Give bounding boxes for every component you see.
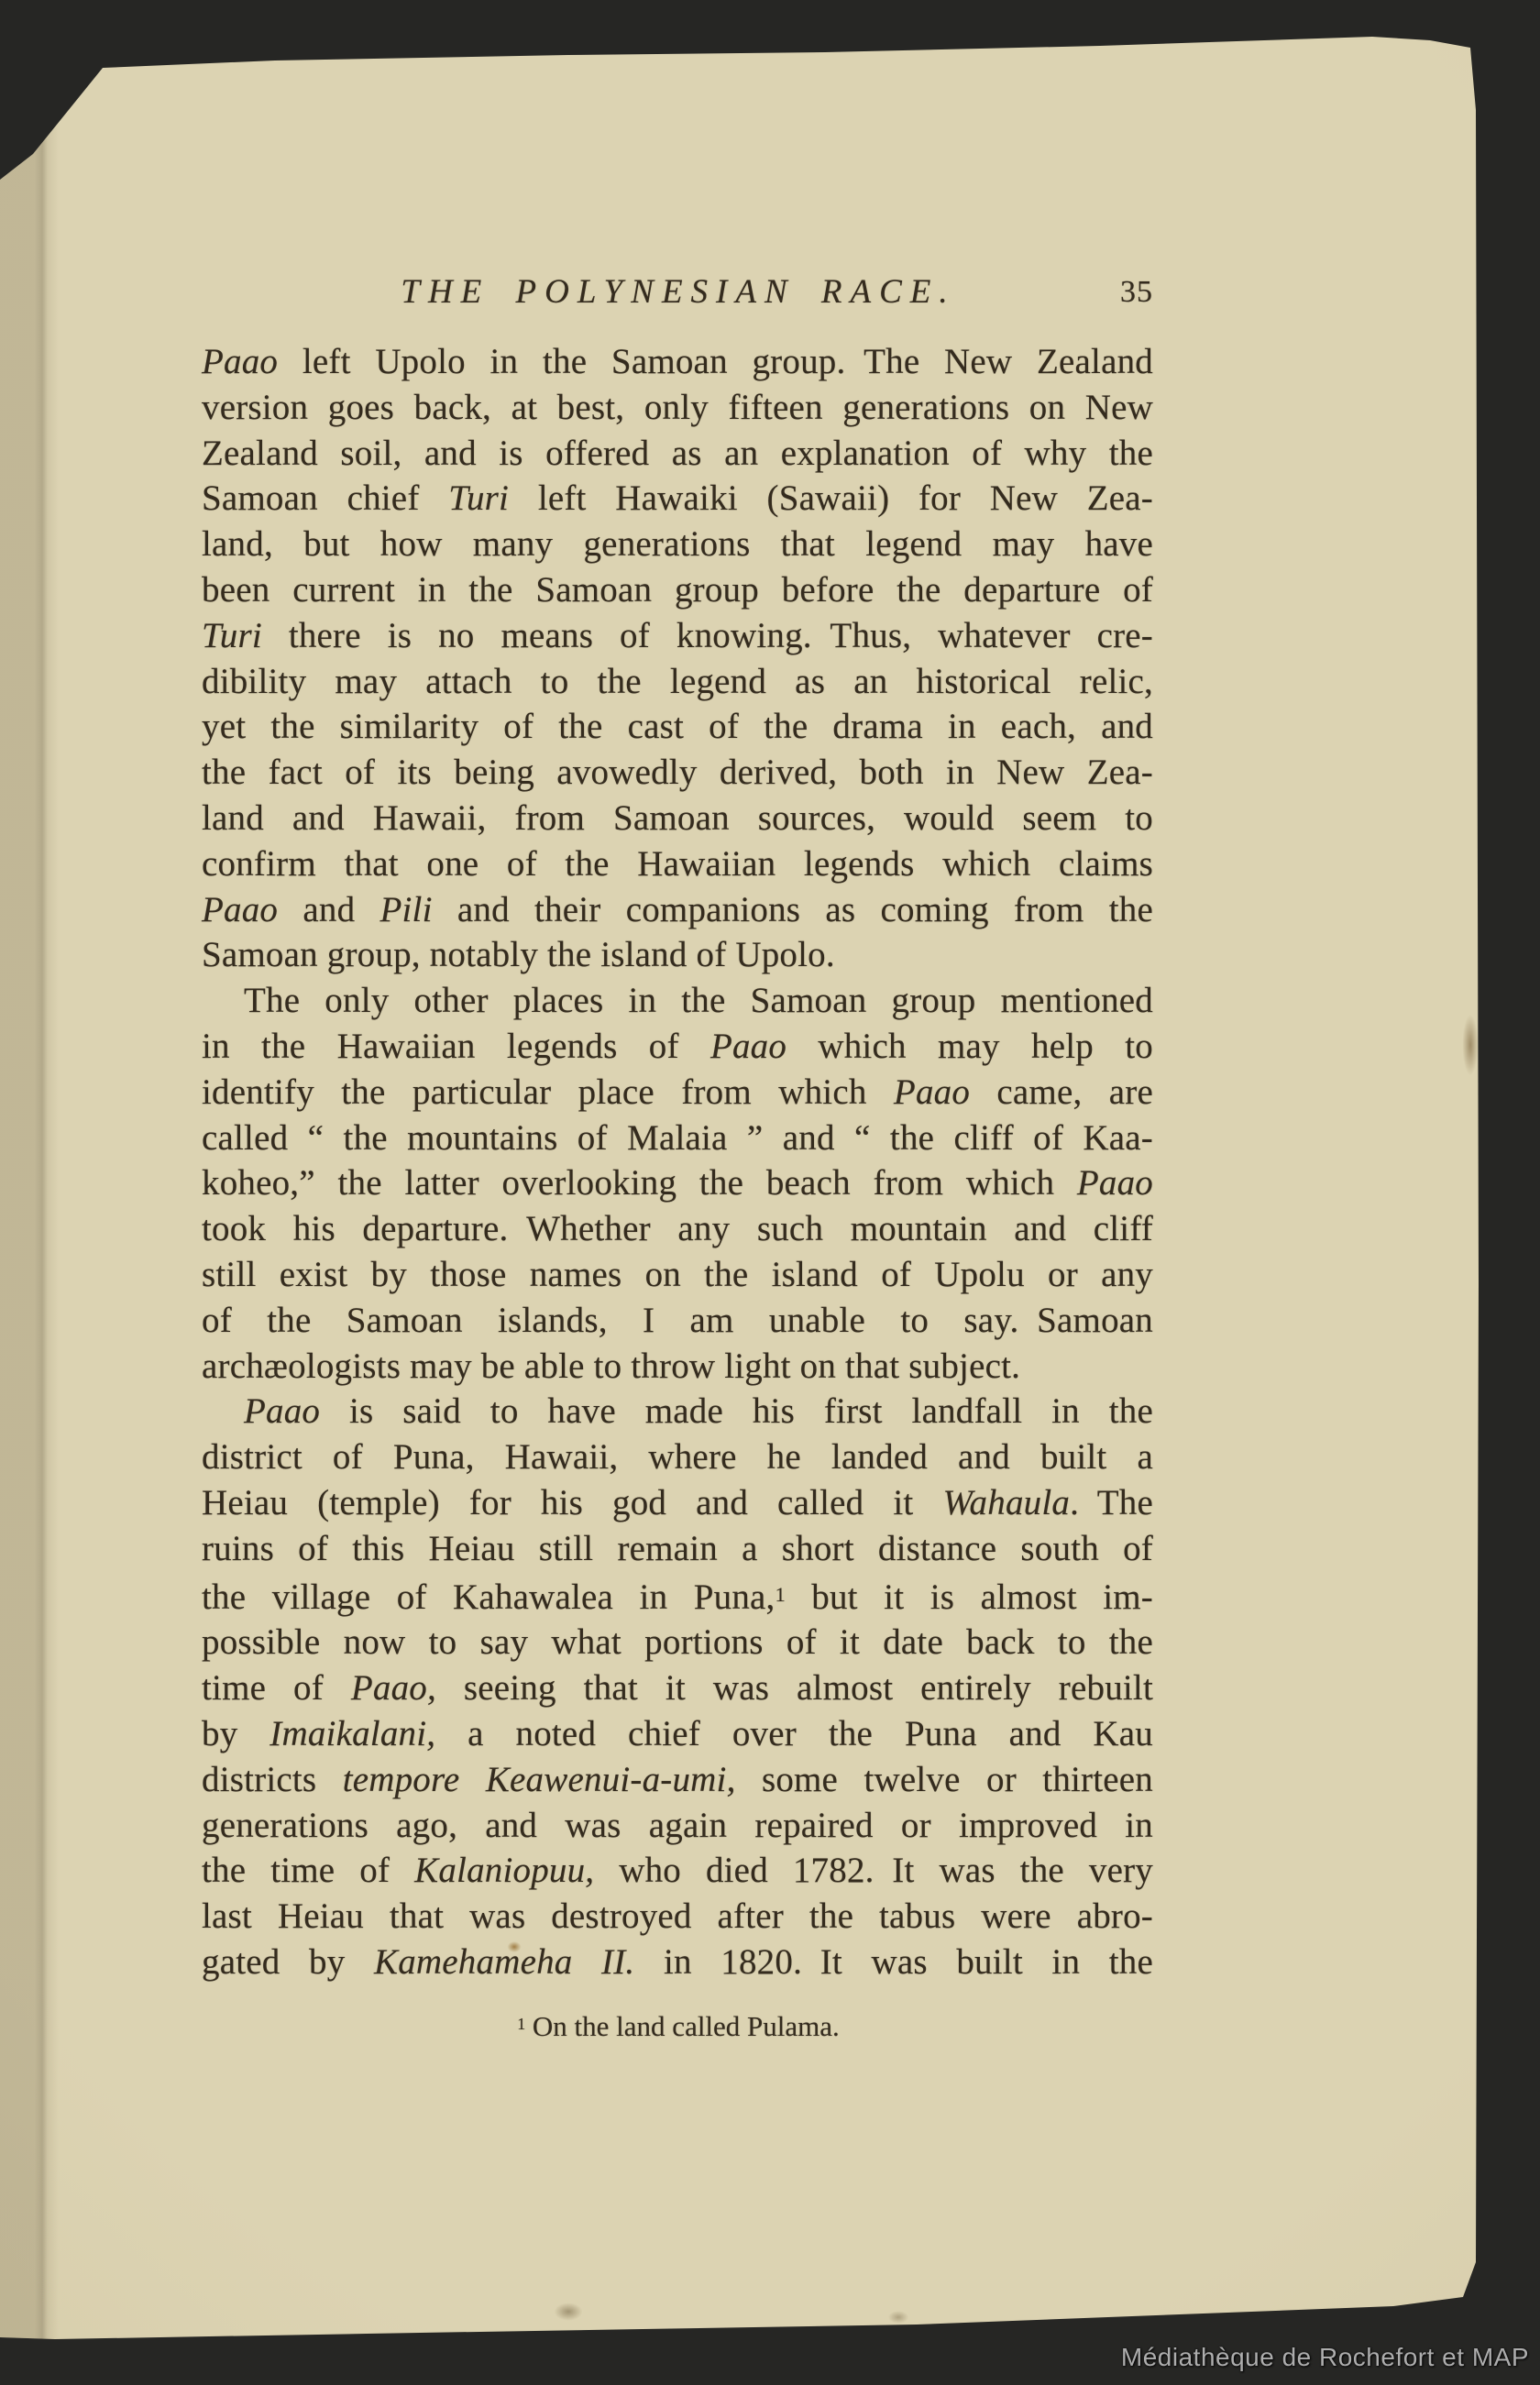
text-line: version goes back, at best, only fifteen… bbox=[202, 385, 1153, 431]
text: version goes back, at best, only fifteen… bbox=[202, 388, 1153, 427]
text-line: ruins of this Heiau still remain a short… bbox=[202, 1526, 1153, 1572]
text: dibility may attach to the legend as an … bbox=[202, 662, 1153, 701]
paragraph: Paao left Upolo in the Samoan group. The… bbox=[202, 339, 1153, 978]
text: land, but how many generations that lege… bbox=[202, 524, 1153, 564]
text: in 1820. It was built in the bbox=[634, 1942, 1153, 1982]
footnote-text: On the land called Pulama. bbox=[533, 2010, 840, 2042]
text-line: possible now to say what portions of it … bbox=[202, 1620, 1153, 1665]
text: time of bbox=[202, 1668, 351, 1708]
text-line: district of Puna, Hawaii, where he lande… bbox=[202, 1434, 1153, 1480]
text-line: generations ago, and was again repaired … bbox=[202, 1803, 1153, 1849]
text-line: Samoan chief Turi left Hawaiki (Sawaii) … bbox=[202, 476, 1153, 522]
italic-text: Wahaula bbox=[942, 1483, 1070, 1522]
text-line: Turi there is no means of knowing. Thus,… bbox=[202, 613, 1153, 659]
text: in the Hawaiian legends of bbox=[202, 1027, 710, 1066]
text-line: been current in the Samoan group before … bbox=[202, 567, 1153, 613]
paragraph: The only other places in the Samoan grou… bbox=[202, 978, 1153, 1389]
text: left Hawaiki (Sawaii) for New Zea- bbox=[509, 478, 1153, 518]
italic-text: Paao, bbox=[351, 1668, 436, 1708]
italic-text: Paao bbox=[894, 1072, 970, 1112]
text: . The bbox=[1070, 1483, 1153, 1522]
text: but it is almost im- bbox=[786, 1577, 1153, 1617]
text: and bbox=[278, 890, 379, 929]
text-line: dibility may attach to the legend as an … bbox=[202, 659, 1153, 705]
text: still exist by those names on the island… bbox=[202, 1255, 1153, 1294]
text-line: in the Hawaiian legends of Paao which ma… bbox=[202, 1024, 1153, 1070]
italic-text: Pili bbox=[380, 890, 433, 929]
text: last Heiau that was destroyed after the … bbox=[202, 1896, 1153, 1936]
text: left Upolo in the Samoan group. The New … bbox=[278, 342, 1153, 381]
text: The only other places in the Samoan grou… bbox=[244, 981, 1153, 1020]
text: the village of Kahawalea in Puna, bbox=[202, 1577, 775, 1617]
italic-text: Paao bbox=[710, 1027, 786, 1066]
text-line: Paao and Pili and their companions as co… bbox=[202, 887, 1153, 933]
running-title: THE POLYNESIAN RACE. bbox=[202, 272, 1155, 312]
text-line: koheo,” the latter overlooking the beach… bbox=[202, 1160, 1153, 1206]
photo-background: { "page": { "header": { "title": "THE PO… bbox=[0, 0, 1540, 2385]
watermark: Médiathèque de Rochefort et MAP bbox=[1121, 2343, 1529, 2372]
text-line: called “ the mountains of Malaia ” and “… bbox=[202, 1116, 1153, 1161]
text: district of Puna, Hawaii, where he lande… bbox=[202, 1437, 1153, 1477]
text: called “ the mountains of Malaia ” and “… bbox=[202, 1118, 1153, 1158]
text-line: last Heiau that was destroyed after the … bbox=[202, 1894, 1153, 1940]
page-number: 35 bbox=[1120, 275, 1153, 310]
text-line: archæologists may be able to throw light… bbox=[202, 1344, 1153, 1390]
text-line: by Imaikalani, a noted chief over the Pu… bbox=[202, 1711, 1153, 1757]
text-line: Paao left Upolo in the Samoan group. The… bbox=[202, 339, 1153, 385]
text: ruins of this Heiau still remain a short… bbox=[202, 1529, 1153, 1568]
text: some twelve or thirteen bbox=[736, 1760, 1153, 1799]
italic-text: Paao bbox=[202, 890, 278, 929]
text: there is no means of knowing. Thus, what… bbox=[262, 616, 1153, 655]
italic-text: Turi bbox=[448, 478, 509, 518]
text-line: Heiau (temple) for his god and called it… bbox=[202, 1480, 1153, 1526]
text: Samoan group, notably the island of Upol… bbox=[202, 935, 835, 974]
text-line: identify the particular place from which… bbox=[202, 1070, 1153, 1116]
text: been current in the Samoan group before … bbox=[202, 570, 1153, 610]
text-line: of the Samoan islands, I am unable to sa… bbox=[202, 1298, 1153, 1344]
paragraph: Paao is said to have made his first land… bbox=[202, 1389, 1153, 1984]
text: seeing that it was almost entirely rebui… bbox=[436, 1668, 1153, 1708]
running-head: THE POLYNESIAN RACE. 35 bbox=[202, 272, 1155, 313]
body-text: Paao left Upolo in the Samoan group. The… bbox=[202, 339, 1153, 1985]
text-line: the village of Kahawalea in Puna,1 but i… bbox=[202, 1572, 1153, 1621]
italic-text: Turi bbox=[202, 616, 262, 655]
text-line: gated by Kamehameha II. in 1820. It was … bbox=[202, 1940, 1153, 1985]
text: came, are bbox=[970, 1072, 1153, 1112]
italic-text: Kamehameha II. bbox=[374, 1942, 634, 1982]
text: Zealand soil, and is offered as an expla… bbox=[202, 434, 1153, 473]
text: gated by bbox=[202, 1942, 374, 1982]
italic-text: Paao bbox=[1077, 1163, 1153, 1203]
text: archæologists may be able to throw light… bbox=[202, 1346, 1020, 1386]
text-line: land, but how many generations that lege… bbox=[202, 522, 1153, 567]
text-line: Paao is said to have made his first land… bbox=[202, 1389, 1153, 1434]
text: the fact of its being avowedly derived, … bbox=[202, 753, 1153, 792]
text: districts bbox=[202, 1760, 343, 1799]
italic-text: Paao bbox=[244, 1391, 320, 1431]
italic-text: tempore Keawenui-a-umi, bbox=[343, 1760, 736, 1799]
text-line: still exist by those names on the island… bbox=[202, 1252, 1153, 1298]
text-line: Samoan group, notably the island of Upol… bbox=[202, 932, 1153, 978]
footnote-marker: 1 bbox=[517, 2015, 525, 2033]
text-line: confirm that one of the Hawaiian legends… bbox=[202, 841, 1153, 887]
text-line: yet the similarity of the cast of the dr… bbox=[202, 704, 1153, 750]
text: possible now to say what portions of it … bbox=[202, 1622, 1153, 1662]
italic-text: Kalaniopuu, bbox=[414, 1851, 594, 1890]
text-line: districts tempore Keawenui-a-umi, some t… bbox=[202, 1757, 1153, 1803]
text: by bbox=[202, 1714, 269, 1753]
text: Samoan chief bbox=[202, 478, 448, 518]
footnote-ref: 1 bbox=[775, 1583, 785, 1606]
text: is said to have made his first landfall … bbox=[320, 1391, 1153, 1431]
italic-text: Imaikalani, bbox=[269, 1714, 435, 1753]
italic-text: Paao bbox=[202, 342, 278, 381]
text: the time of bbox=[202, 1851, 414, 1890]
text: yet the similarity of the cast of the dr… bbox=[202, 707, 1153, 746]
text: identify the particular place from which bbox=[202, 1072, 894, 1112]
text: koheo,” the latter overlooking the beach… bbox=[202, 1163, 1077, 1203]
text: confirm that one of the Hawaiian legends… bbox=[202, 844, 1153, 884]
book-page: THE POLYNESIAN RACE. 35 Paao left Upolo … bbox=[0, 0, 1540, 2385]
text-line: the fact of its being avowedly derived, … bbox=[202, 750, 1153, 796]
text: took his departure. Whether any such mou… bbox=[202, 1209, 1153, 1248]
text: land and Hawaii, from Samoan sources, wo… bbox=[202, 798, 1153, 838]
text-line: took his departure. Whether any such mou… bbox=[202, 1206, 1153, 1252]
text: Heiau (temple) for his god and called it bbox=[202, 1483, 942, 1522]
text: which may help to bbox=[786, 1027, 1153, 1066]
text-line: the time of Kalaniopuu, who died 1782. I… bbox=[202, 1848, 1153, 1894]
text: who died 1782. It was the very bbox=[594, 1851, 1153, 1890]
text-line: land and Hawaii, from Samoan sources, wo… bbox=[202, 796, 1153, 841]
text-line: time of Paao, seeing that it was almost … bbox=[202, 1665, 1153, 1711]
text: generations ago, and was again repaired … bbox=[202, 1806, 1153, 1845]
text: a noted chief over the Puna and Kau bbox=[435, 1714, 1153, 1753]
text: of the Samoan islands, I am unable to sa… bbox=[202, 1301, 1153, 1340]
text: and their companions as coming from the bbox=[433, 890, 1153, 929]
footnote: 1 On the land called Pulama. bbox=[202, 2010, 1155, 2043]
text-line: The only other places in the Samoan grou… bbox=[202, 978, 1153, 1024]
text-line: Zealand soil, and is offered as an expla… bbox=[202, 431, 1153, 477]
